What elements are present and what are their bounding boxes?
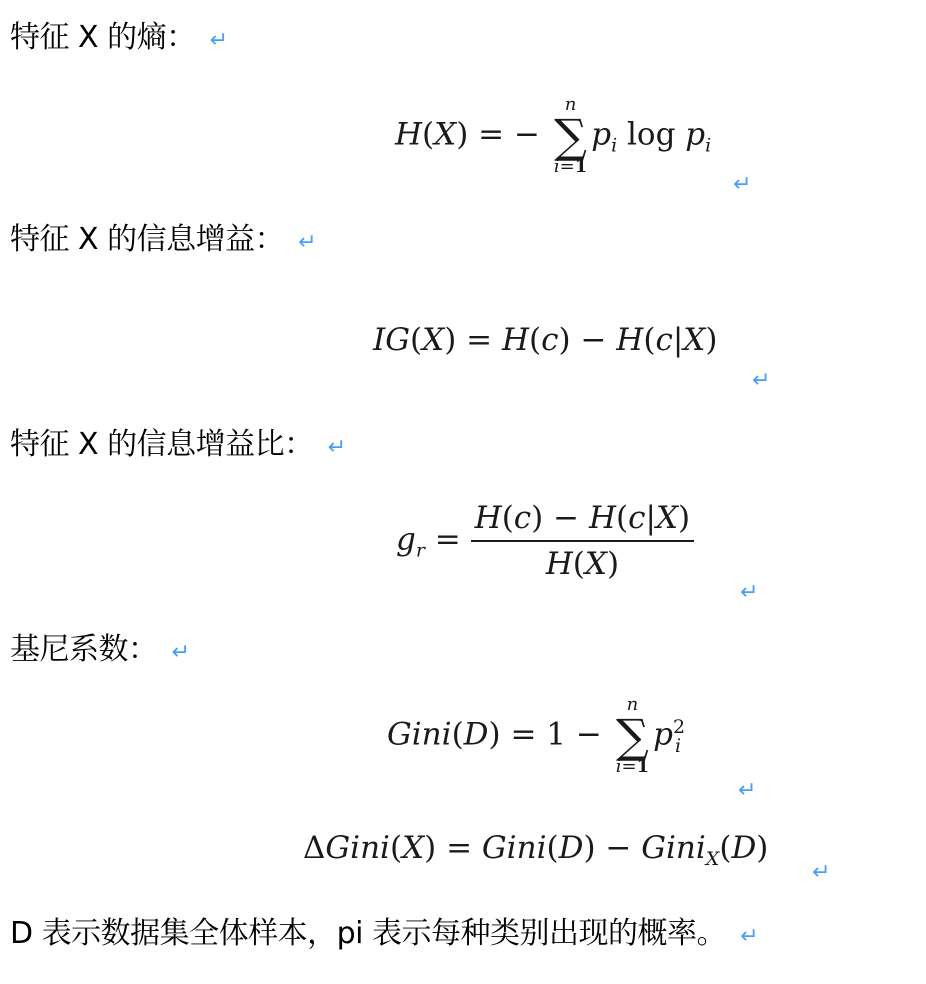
equation-info-gain-ratio: gr = H(c) − H(c|X)H(X) (396, 500, 694, 582)
paragraph-mark-icon: ↵ (733, 172, 751, 197)
paragraph-mark-icon: ↵ (172, 640, 190, 665)
heading-info-gain: 特征 X 的信息增益：↵ (10, 220, 316, 263)
paragraph-mark-icon: ↵ (752, 368, 770, 393)
paragraph-mark-icon: ↵ (812, 860, 830, 885)
heading-gini: 基尼系数：↵ (10, 630, 189, 673)
paragraph-mark-icon: ↵ (210, 28, 228, 53)
equation-delta-gini: ΔGini(X) = Gini(D) − GiniX(D) (303, 830, 768, 870)
fraction: H(c) − H(c|X)H(X) (471, 500, 694, 582)
equation-entropy: H(X) = − n∑i=1pi log pi (395, 96, 711, 176)
summation-symbol: n∑i=1 (616, 696, 649, 776)
equation-gini: Gini(D) = 1 − n∑i=1p2i (387, 696, 681, 776)
paragraph-mark-icon: ↵ (298, 230, 316, 255)
heading-info-gain-ratio: 特征 X 的信息增益比：↵ (10, 425, 346, 468)
summation-symbol: n∑i=1 (554, 96, 587, 176)
paragraph-mark-icon: ↵ (738, 778, 756, 803)
paragraph-mark-icon: ↵ (328, 435, 346, 460)
paragraph-mark-icon: ↵ (740, 580, 758, 605)
equation-info-gain: IG(X) = H(c) − H(c|X) (373, 322, 717, 358)
footnote-definitions: D 表示数据集全体样本，pi 表示每种类别出现的概率。↵ (10, 914, 758, 957)
paragraph-mark-icon: ↵ (740, 924, 758, 949)
heading-entropy: 特征 X 的熵：↵ (10, 18, 228, 61)
